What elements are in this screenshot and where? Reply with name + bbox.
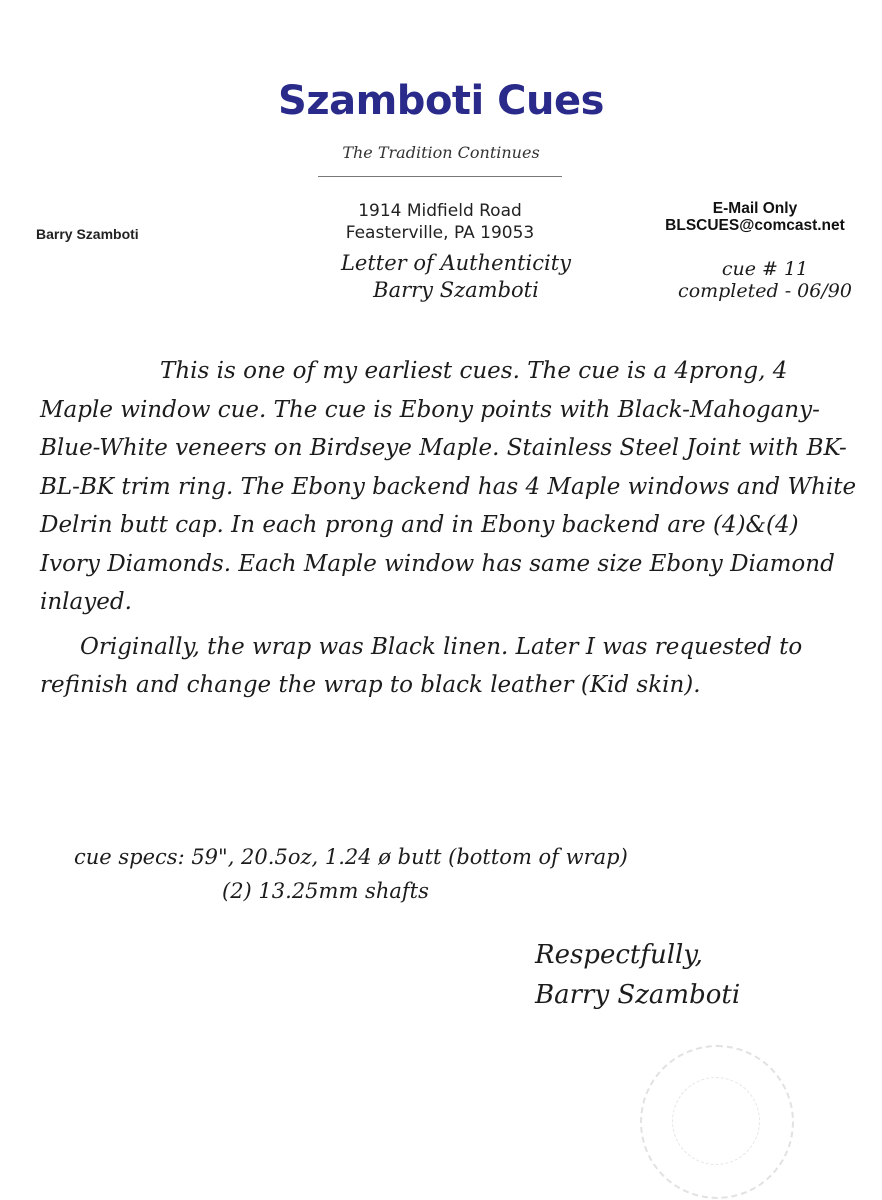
cue-info: cue # 11 completed - 06/90 xyxy=(650,258,880,302)
letter-title: Letter of Authenticity xyxy=(296,250,616,277)
address-line-2: Feasterville, PA 19053 xyxy=(300,222,580,244)
cue-specs: cue specs: 59", 20.5oz, 1.24 ø butt (bot… xyxy=(74,840,854,908)
specs-line-1: cue specs: 59", 20.5oz, 1.24 ø butt (bot… xyxy=(74,840,854,874)
specs-line-2: (2) 13.25mm shafts xyxy=(74,874,854,908)
contact-block: E-Mail Only BLSCUES@comcast.net xyxy=(630,200,880,234)
address-line-1: 1914 Midfield Road xyxy=(300,200,580,222)
letter-heading: Letter of Authenticity Barry Szamboti xyxy=(296,250,616,304)
contact-label: E-Mail Only xyxy=(630,200,880,217)
signature: Barry Szamboti xyxy=(535,975,855,1015)
letter-body: This is one of my earliest cues. The cue… xyxy=(40,352,860,705)
closing-block: Respectfully, Barry Szamboti xyxy=(535,935,855,1015)
body-paragraph-2: Originally, the wrap was Black linen. La… xyxy=(40,628,860,705)
sender-name: Barry Szamboti xyxy=(36,226,139,242)
letter-author: Barry Szamboti xyxy=(296,277,616,304)
valediction: Respectfully, xyxy=(535,935,855,975)
completion-date: completed - 06/90 xyxy=(650,280,880,302)
company-tagline: The Tradition Continues xyxy=(0,143,882,162)
email-address: BLSCUES@comcast.net xyxy=(630,217,880,234)
tagline-divider xyxy=(318,176,562,177)
cue-number: cue # 11 xyxy=(650,258,880,280)
embossed-seal-icon xyxy=(640,1045,794,1199)
body-paragraph-1: This is one of my earliest cues. The cue… xyxy=(40,352,860,622)
company-name: Szamboti Cues xyxy=(0,78,882,124)
address-block: 1914 Midfield Road Feasterville, PA 1905… xyxy=(300,200,580,244)
